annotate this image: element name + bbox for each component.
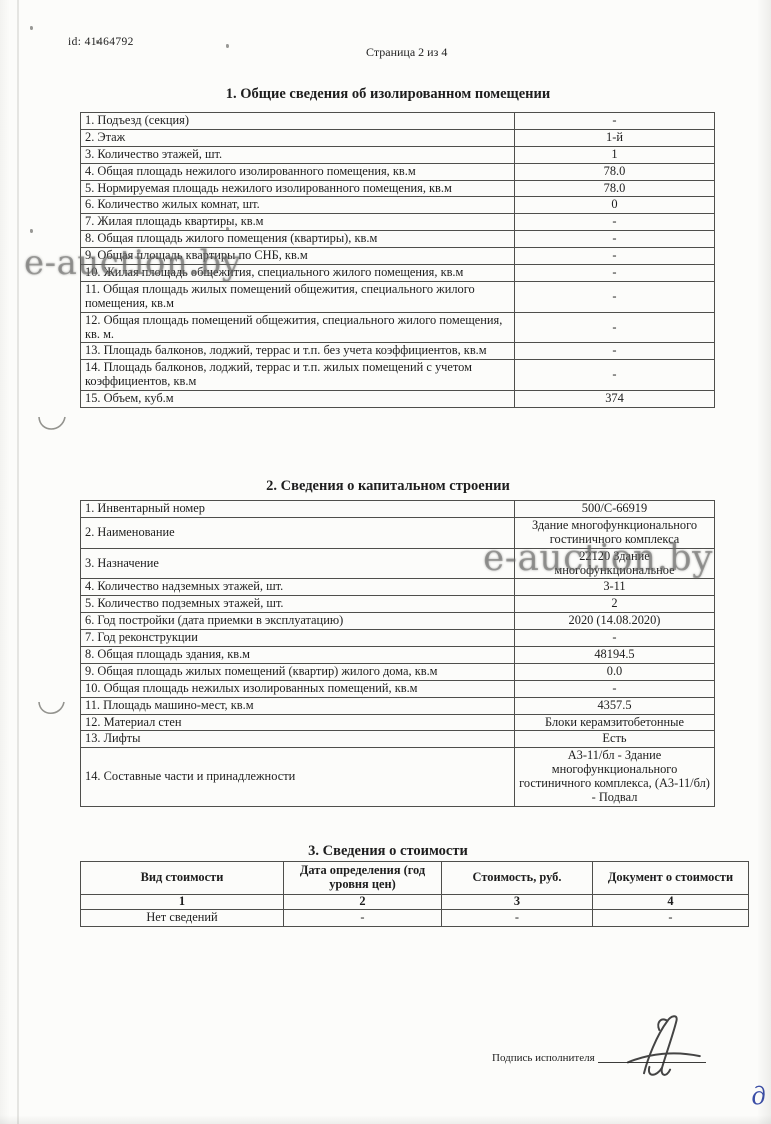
row-value: - [515,343,715,360]
table-row: 5. Количество подземных этажей, шт.2 [81,596,715,613]
column-header: Дата определения (год уровня цен) [284,862,442,895]
row-value: 1-й [515,129,715,146]
table-cell: - [442,909,593,926]
row-label: 12. Общая площадь помещений общежития, с… [81,312,515,343]
row-label: 10. Общая площадь нежилых изолированных … [81,680,515,697]
column-number: 4 [593,894,749,909]
row-value: - [515,630,715,647]
table-row: 15. Объем, куб.м374 [81,391,715,408]
row-label: 3. Количество этажей, шт. [81,146,515,163]
table-row: 13. Площадь балконов, лоджий, террас и т… [81,343,715,360]
row-value: Есть [515,731,715,748]
table-row: 1. Инвентарный номер500/С-66919 [81,501,715,518]
row-label: 11. Площадь машино-мест, кв.м [81,697,515,714]
scanned-document-page: id: 41464792 Страница 2 из 4 1. Общие св… [0,0,771,1124]
column-number: 3 [442,894,593,909]
row-value: Здание многофункционального гостиничного… [515,517,715,548]
table-row: 6. Год постройки (дата приемки в эксплуа… [81,613,715,630]
table-row: 8. Общая площадь здания, кв.м48194.5 [81,647,715,664]
row-value: - [515,214,715,231]
row-label: 5. Количество подземных этажей, шт. [81,596,515,613]
row-value: 78.0 [515,180,715,197]
row-value: - [515,265,715,282]
column-header: Вид стоимости [81,862,284,895]
row-value: 374 [515,391,715,408]
table-row: 12. Материал стенБлоки керамзитобетонные [81,714,715,731]
row-label: 2. Этаж [81,129,515,146]
handwritten-signature [612,1012,712,1084]
scan-arc-artifact [36,699,68,725]
row-label: 8. Общая площадь жилого помещения (кварт… [81,231,515,248]
row-label: 7. Год реконструкции [81,630,515,647]
document-id: id: 41464792 [68,36,134,48]
row-label: 14. Составные части и принадлежности [81,748,515,807]
row-value: - [515,281,715,312]
row-label: 1. Инвентарный номер [81,501,515,518]
row-value: - [515,113,715,130]
table-cell: - [593,909,749,926]
table-row: 3. Количество этажей, шт.1 [81,146,715,163]
table-row: 4. Количество надземных этажей, шт.3-11 [81,579,715,596]
row-value: 3-11 [515,579,715,596]
table-cell: - [284,909,442,926]
signature-label: Подпись исполнителя [492,1052,595,1064]
row-value: 0 [515,197,715,214]
table-row: 9. Общая площадь квартиры по СНБ, кв.м- [81,248,715,265]
table-row: 1234 [81,894,749,909]
row-label: 13. Лифты [81,731,515,748]
row-value: - [515,360,715,391]
row-value: 1 [515,146,715,163]
row-label: 11. Общая площадь жилых помещений общежи… [81,281,515,312]
row-value: 4357.5 [515,697,715,714]
row-label: 12. Материал стен [81,714,515,731]
column-header: Стоимость, руб. [442,862,593,895]
section1-title: 1. Общие сведения об изолированном помещ… [80,86,696,103]
table-row: 7. Жилая площадь квартиры, кв.м- [81,214,715,231]
capital-structure-table: 1. Инвентарный номер500/С-669192. Наимен… [80,500,715,807]
page-indicator: Страница 2 из 4 [366,45,447,60]
row-value: 22120 Здание многофункциональное [515,548,715,579]
column-number: 1 [81,894,284,909]
table-row: 14. Составные части и принадлежностиА3-1… [81,748,715,807]
row-label: 9. Общая площадь жилых помещений (кварти… [81,663,515,680]
table-row: 13. ЛифтыЕсть [81,731,715,748]
row-value: - [515,231,715,248]
table-row: 10. Жилая площадь общежития, специальног… [81,265,715,282]
section3-title: 3. Сведения о стоимости [80,843,696,860]
row-value: 2 [515,596,715,613]
table-row: 10. Общая площадь нежилых изолированных … [81,680,715,697]
handwritten-blue-mark: д [749,1081,768,1111]
scan-artifact-line [17,0,19,1124]
row-label: 3. Назначение [81,548,515,579]
table-row: 14. Площадь балконов, лоджий, террас и т… [81,360,715,391]
table-row: 7. Год реконструкции- [81,630,715,647]
row-label: 5. Нормируемая площадь нежилого изолиров… [81,180,515,197]
cost-information-table: Вид стоимостиДата определения (год уровн… [80,861,749,927]
table-row: Нет сведений--- [81,909,749,926]
row-value: 0.0 [515,663,715,680]
row-value: - [515,680,715,697]
row-label: 2. Наименование [81,517,515,548]
table-row: 8. Общая площадь жилого помещения (кварт… [81,231,715,248]
row-label: 15. Объем, куб.м [81,391,515,408]
row-label: 14. Площадь балконов, лоджий, террас и т… [81,360,515,391]
table-row: 9. Общая площадь жилых помещений (кварти… [81,663,715,680]
table-row: Вид стоимостиДата определения (год уровн… [81,862,749,895]
table-cell: Нет сведений [81,909,284,926]
row-label: 4. Общая площадь нежилого изолированного… [81,163,515,180]
row-value: 2020 (14.08.2020) [515,613,715,630]
table-row: 1. Подъезд (секция)- [81,113,715,130]
table-row: 11. Общая площадь жилых помещений общежи… [81,281,715,312]
row-value: А3-11/бл - Здание многофункционального г… [515,748,715,807]
row-value: 48194.5 [515,647,715,664]
row-label: 13. Площадь балконов, лоджий, террас и т… [81,343,515,360]
row-value: Блоки керамзитобетонные [515,714,715,731]
row-value: - [515,312,715,343]
scan-speck [30,229,33,233]
row-label: 7. Жилая площадь квартиры, кв.м [81,214,515,231]
row-label: 6. Количество жилых комнат, шт. [81,197,515,214]
table-row: 3. Назначение22120 Здание многофункциона… [81,548,715,579]
table-row: 2. Этаж1-й [81,129,715,146]
isolated-premises-table: 1. Подъезд (секция)-2. Этаж1-й3. Количес… [80,112,715,408]
row-value: - [515,248,715,265]
table-row: 5. Нормируемая площадь нежилого изолиров… [81,180,715,197]
row-value: 500/С-66919 [515,501,715,518]
row-label: 6. Год постройки (дата приемки в эксплуа… [81,613,515,630]
scan-speck [30,26,33,30]
row-label: 4. Количество надземных этажей, шт. [81,579,515,596]
table-row: 6. Количество жилых комнат, шт.0 [81,197,715,214]
section2-title: 2. Сведения о капитальном строении [80,478,696,495]
table-row: 4. Общая площадь нежилого изолированного… [81,163,715,180]
column-number: 2 [284,894,442,909]
table-row: 2. НаименованиеЗдание многофункционально… [81,517,715,548]
row-label: 10. Жилая площадь общежития, специальног… [81,265,515,282]
table-row: 12. Общая площадь помещений общежития, с… [81,312,715,343]
scan-arc-artifact [36,414,68,440]
row-value: 78.0 [515,163,715,180]
column-header: Документ о стоимости [593,862,749,895]
row-label: 1. Подъезд (секция) [81,113,515,130]
table-row: 11. Площадь машино-мест, кв.м4357.5 [81,697,715,714]
row-label: 9. Общая площадь квартиры по СНБ, кв.м [81,248,515,265]
row-label: 8. Общая площадь здания, кв.м [81,647,515,664]
scan-speck [226,44,229,48]
